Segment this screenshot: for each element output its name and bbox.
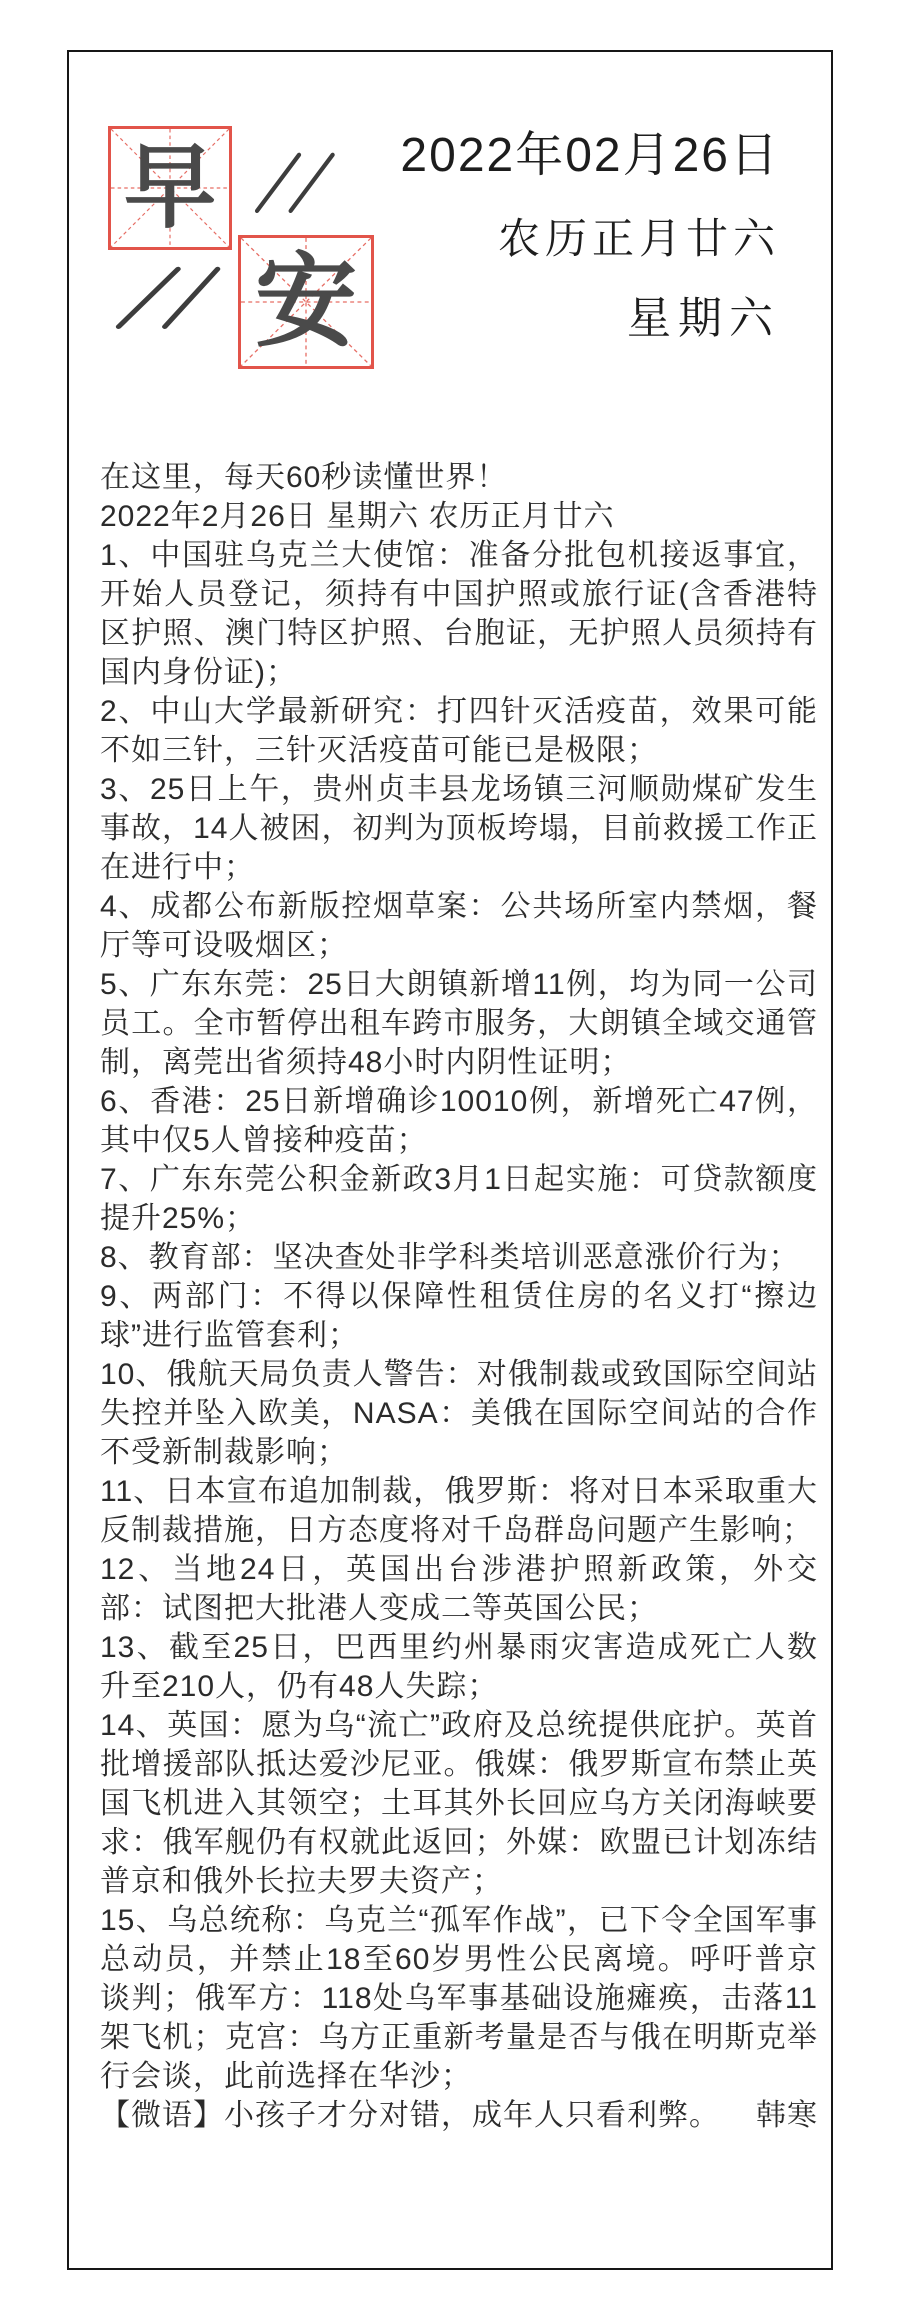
- news-body: 在这里，每天60秒读懂世界！2022年2月26日 星期六 农历正月廿六1、中国驻…: [100, 458, 818, 2135]
- double-slash-icon: [252, 148, 336, 216]
- weekday-text: 星期六: [400, 292, 780, 346]
- news-item: 在这里，每天60秒读懂世界！: [100, 458, 818, 497]
- news-item: 8、教育部：坚决查处非学科类培训恶意涨价行为；: [100, 1238, 818, 1277]
- news-item: 15、乌总统称：乌克兰“孤军作战”，已下令全国军事总动员，并禁止18至60岁男性…: [100, 1901, 818, 2096]
- news-item: 2022年2月26日 星期六 农历正月廿六: [100, 497, 818, 536]
- morning-news-card: 早 安 2022年02月26日 农历正月廿六 星期六: [0, 0, 900, 2320]
- news-item: 10、俄航天局负责人警告：对俄制裁或致国际空间站失控并坠入欧美，NASA：美俄在…: [100, 1355, 818, 1472]
- news-item: 12、当地24日，英国出台涉港护照新政策，外交部：试图把大批港人变成二等英国公民…: [100, 1550, 818, 1628]
- date-block: 2022年02月26日 农历正月廿六 星期六: [400, 126, 780, 346]
- logo-char-an: 安: [255, 251, 357, 353]
- quote-author: 韩寒: [756, 2096, 818, 2135]
- news-item: 6、香港：25日新增确诊10010例，新增死亡47例，其中仅5人曾接种疫苗；: [100, 1082, 818, 1160]
- news-item: 3、25日上午，贵州贞丰县龙场镇三河顺勋煤矿发生事故，14人被困，初判为顶板垮塌…: [100, 770, 818, 887]
- news-item: 9、两部门：不得以保障性租赁住房的名义打“擦边球”进行监管套利；: [100, 1277, 818, 1355]
- news-item: 13、截至25日，巴西里约州暴雨灾害造成死亡人数升至210人，仍有48人失踪；: [100, 1628, 818, 1706]
- news-item: 4、成都公布新版控烟草案：公共场所室内禁烟，餐厅等可设吸烟区；: [100, 887, 818, 965]
- news-item: 14、英国：愿为乌“流亡”政府及总统提供庇护。英首批增援部队抵达爱沙尼亚。俄媒：…: [100, 1706, 818, 1901]
- weiyu-quote-line: 【微语】小孩子才分对错，成年人只看利弊。 韩寒: [100, 2096, 818, 2135]
- lunar-date-text: 农历正月廿六: [400, 213, 780, 265]
- news-item: 1、中国驻乌克兰大使馆：准备分批包机接返事宜，开始人员登记，须持有中国护照或旅行…: [100, 536, 818, 692]
- logo-char-zao: 早: [124, 142, 216, 234]
- news-item: 5、广东东莞：25日大朗镇新增11例，均为同一公司员工。全市暂停出租车跨市服务，…: [100, 965, 818, 1082]
- news-item: 7、广东东莞公积金新政3月1日起实施：可贷款额度提升25%；: [100, 1160, 818, 1238]
- quote-text: 【微语】小孩子才分对错，成年人只看利弊。: [100, 2096, 720, 2135]
- news-paragraph-list: 在这里，每天60秒读懂世界！2022年2月26日 星期六 农历正月廿六1、中国驻…: [100, 458, 818, 2096]
- logo-char-box-zao: 早: [108, 126, 232, 250]
- double-slash-icon: [112, 262, 222, 332]
- news-item: 2、中山大学最新研究：打四针灭活疫苗，效果可能不如三针，三针灭活疫苗可能已是极限…: [100, 692, 818, 770]
- date-text: 2022年02月26日: [400, 126, 780, 186]
- news-item: 11、日本宣布追加制裁，俄罗斯：将对日本采取重大反制裁措施，日方态度将对千岛群岛…: [100, 1472, 818, 1550]
- logo-char-box-an: 安: [238, 235, 374, 369]
